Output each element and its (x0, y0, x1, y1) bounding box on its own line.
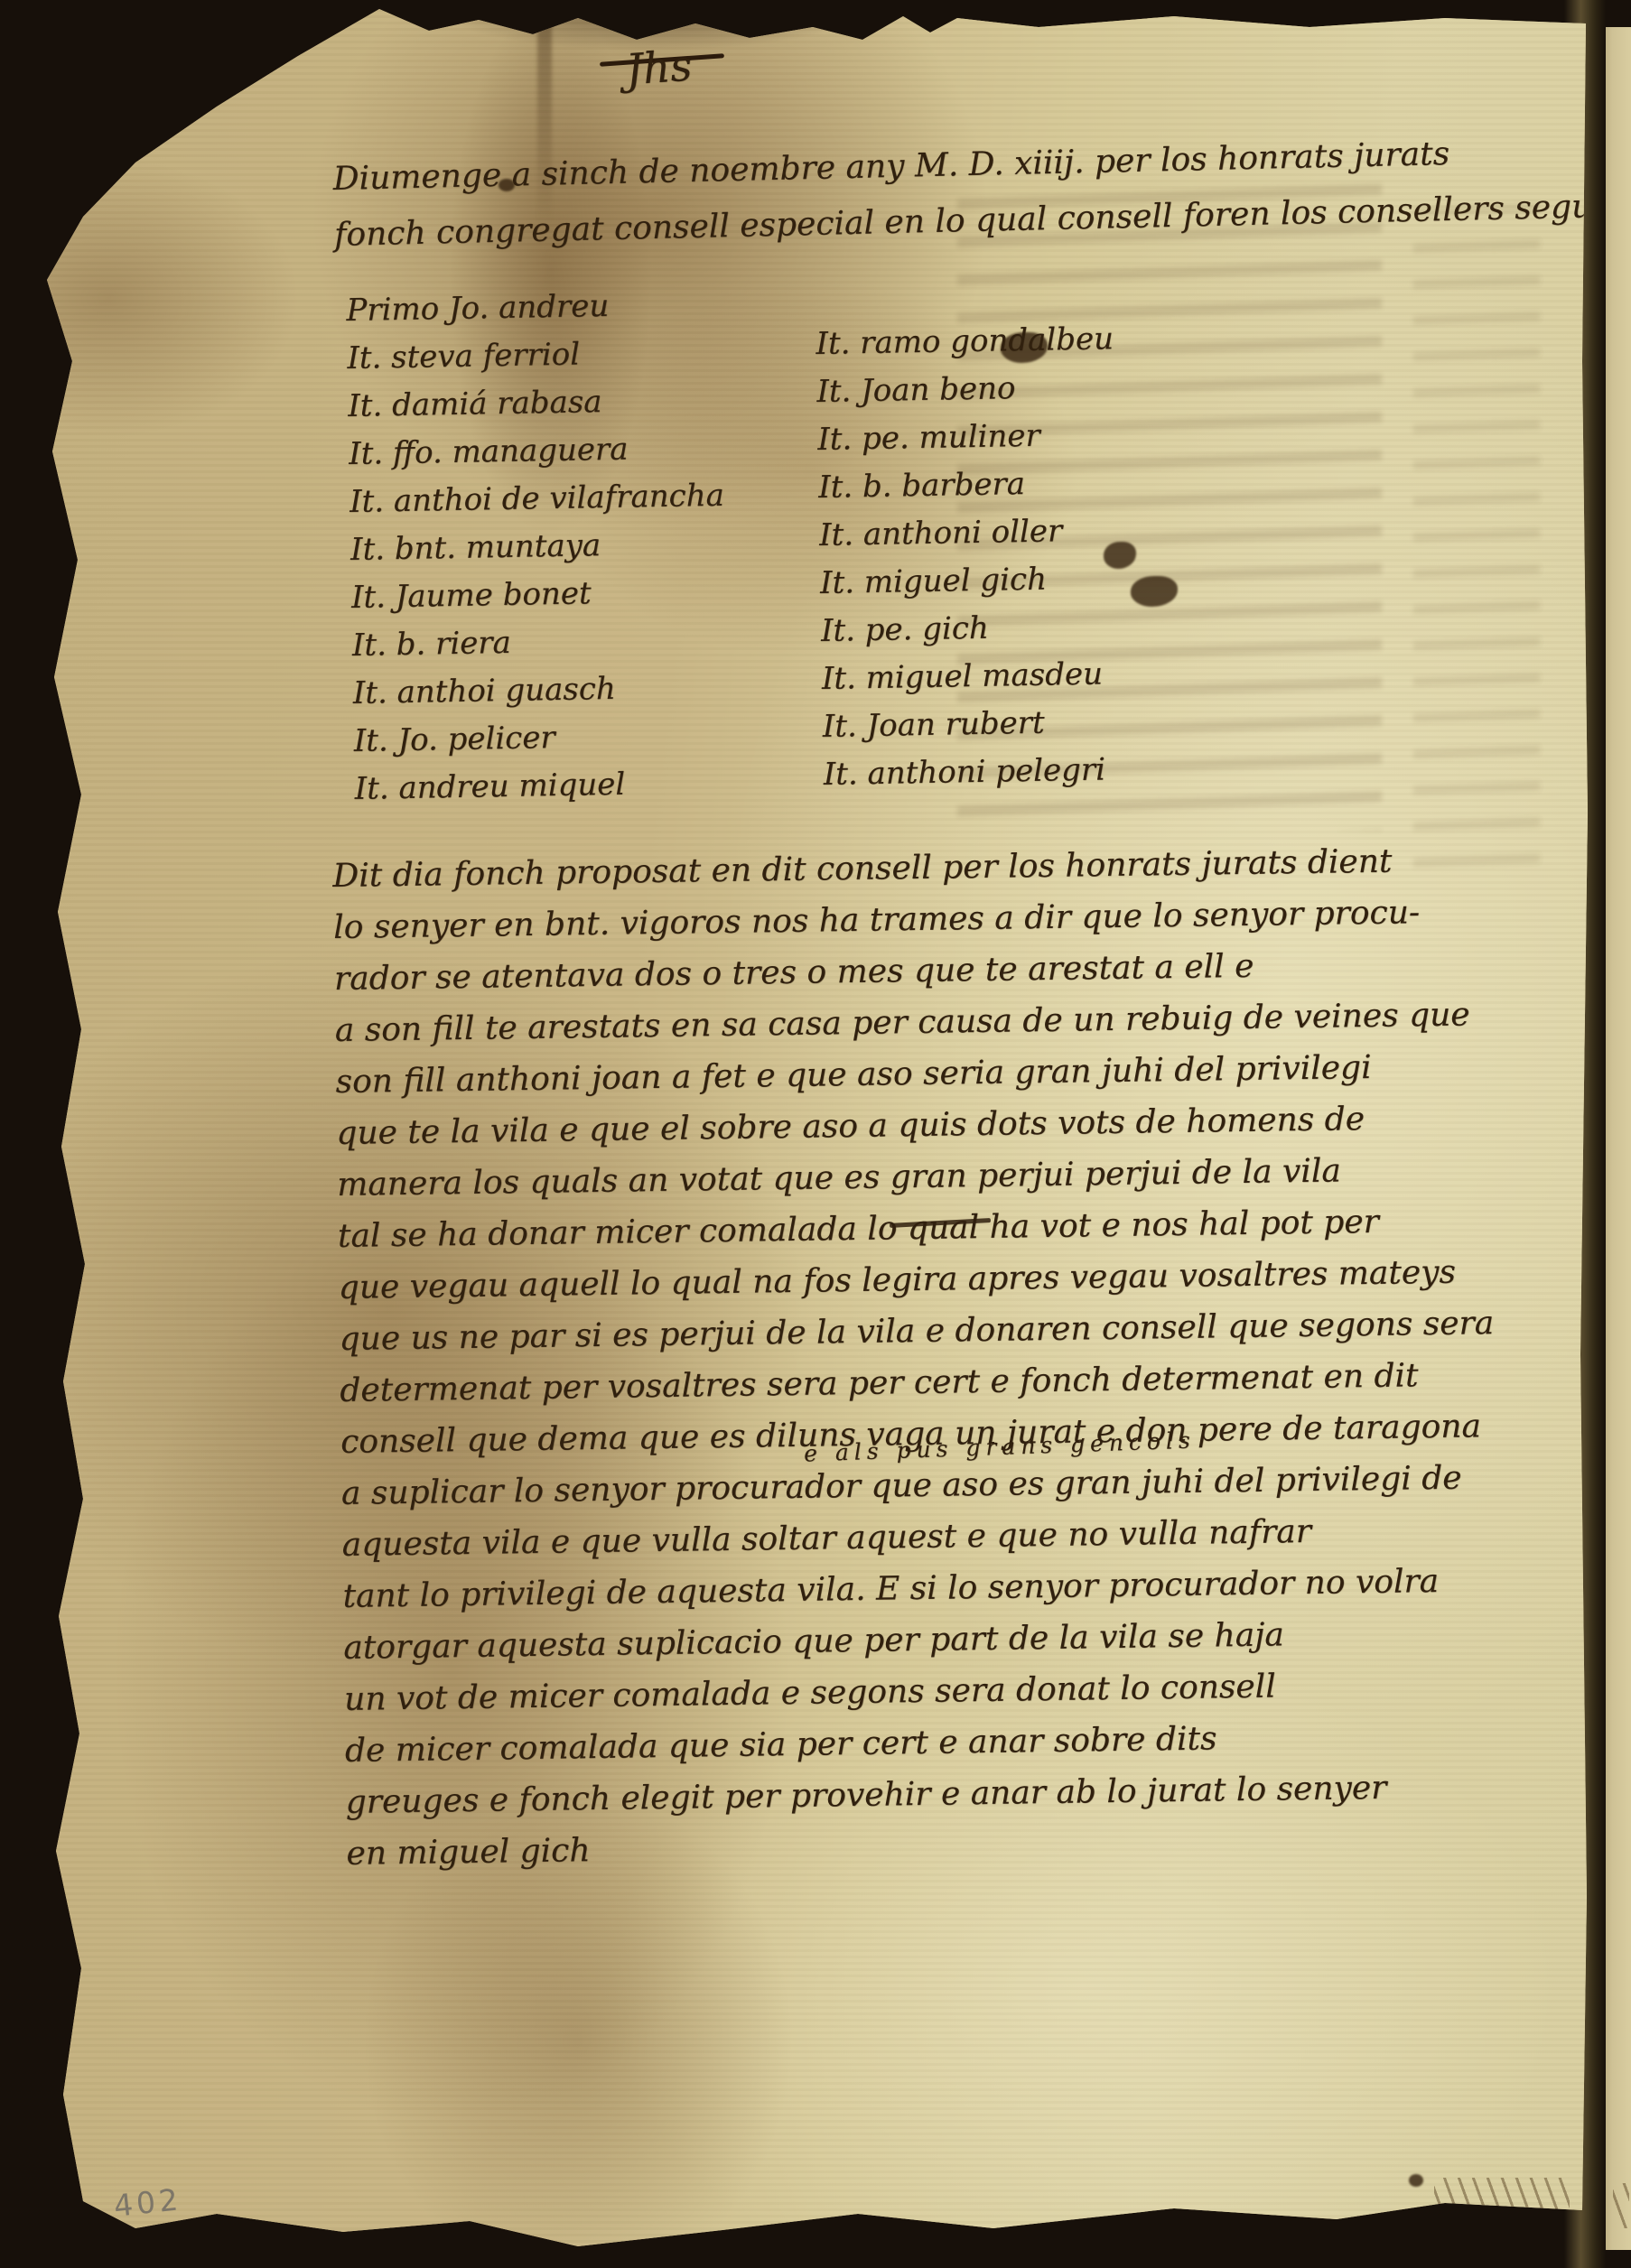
manuscript-photo: 410 402 Jhs Diumenge a sinch de noembre … (0, 0, 1631, 2268)
attendee-name: It. pe. muliner (817, 411, 1115, 464)
attendee-name: It. Joan beno (816, 363, 1114, 416)
attendee-column-left: Primo Jo. andreu It. steva ferriol It. d… (346, 281, 730, 813)
attendee-name: Primo Jo. andreu (346, 281, 722, 335)
attendee-name: It. ffo. managuera (349, 424, 724, 479)
attendee-name: It. Jaume bonet (351, 568, 727, 622)
ink-speck (1409, 2174, 1423, 2187)
attendee-name: It. b. barbera (818, 459, 1116, 512)
attendee-name: It. pe. gich (821, 602, 1119, 655)
attendee-name: It. damiá rabasa (348, 376, 723, 431)
council-deliberation-text: Dit dia fonch proposat en dit consell pe… (332, 834, 1502, 1880)
attendee-name: It. bnt. muntaya (350, 520, 726, 574)
attendee-name: It. miguel gich (820, 554, 1118, 608)
folio-number-top: 410 (95, 33, 184, 90)
attendee-name: It. anthoni pelegri (823, 746, 1121, 799)
tally-hatch-marks (1613, 2183, 1629, 2228)
attendee-name: It. b. riera (351, 616, 727, 670)
attendee-name: It. ramo gondalbeu (815, 315, 1114, 368)
tally-hatch-marks (1434, 2178, 1570, 2225)
attendee-name: It. steva ferriol (347, 329, 722, 383)
attendee-column-right: It. ramo gondalbeu It. Joan beno It. pe.… (815, 315, 1122, 799)
manuscript-page: 410 402 Jhs Diumenge a sinch de noembre … (0, 0, 1598, 2268)
attendee-name: It. anthoi de vilafrancha (349, 472, 725, 526)
attendee-name: It. Joan rubert (822, 698, 1120, 751)
attendee-name: It. Jo. pelicer (353, 711, 729, 766)
attendee-name: It. anthoni oller (819, 507, 1117, 560)
attendee-name: It. andreu miquel (354, 759, 730, 813)
show-through-margin (1413, 181, 1540, 885)
attendee-name: It. anthoi guasch (352, 664, 728, 718)
folio-number-bottom: 402 (112, 2181, 183, 2224)
attendee-name: It. miguel masdeu (821, 650, 1119, 703)
jhs-monogram: Jhs (624, 42, 694, 96)
